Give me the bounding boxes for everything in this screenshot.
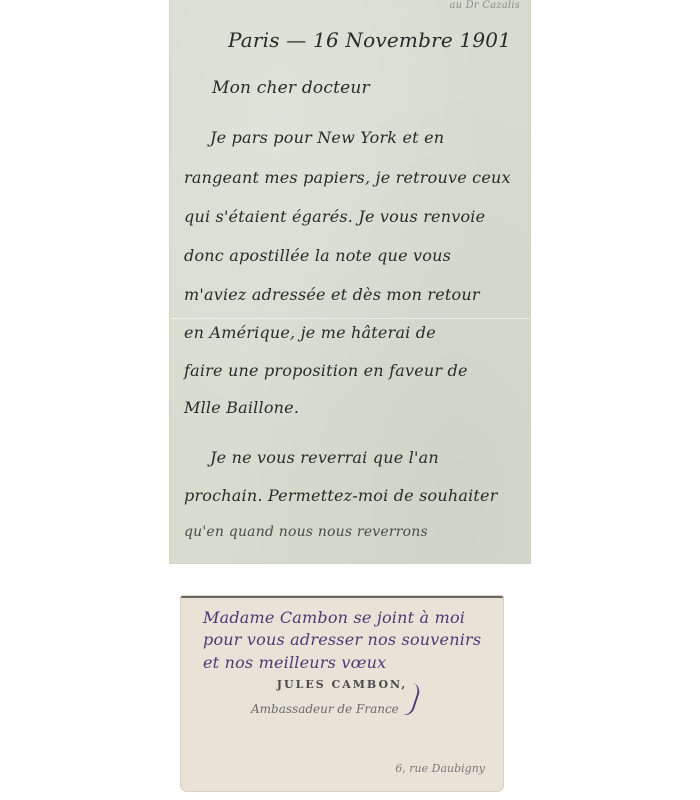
letter-line: faire une proposition en faveur de [184, 361, 468, 380]
letter-line: Mlle Baillone. [184, 398, 299, 417]
letter-line: Je ne vous reverrai que l'an [210, 448, 439, 467]
letter-line: qu'en quand nous nous reverrons [184, 524, 428, 540]
card-printed-name: JULES CAMBON, [181, 678, 503, 691]
letter-line: donc apostillée la note que vous [184, 246, 451, 265]
card-printed-title: Ambassadeur de France [251, 702, 399, 716]
letter-dateline: Paris — 16 Novembre 1901 [228, 28, 511, 52]
card-handwritten-line: Madame Cambon se joint à moi [203, 608, 465, 627]
letter-line: m'aviez adressée et dès mon retour [184, 285, 480, 304]
card-handwritten-line: et nos meilleurs vœux [203, 653, 386, 672]
letter-line: Je pars pour New York et en [210, 128, 444, 147]
paper-fold [170, 318, 530, 319]
letter-line: rangeant mes papiers, je retrouve ceux [184, 168, 511, 187]
handwritten-letter: au Dr Cazalis Paris — 16 Novembre 1901 M… [170, 0, 530, 563]
letter-line: prochain. Permettez-moi de souhaiter [184, 486, 498, 505]
archival-annotation: au Dr Cazalis [449, 0, 520, 11]
letter-line: qui s'étaient égarés. Je vous renvoie [184, 207, 485, 226]
card-handwritten-line: pour vous adresser nos souvenirs [203, 630, 481, 649]
visiting-card: Madame Cambon se joint à moi pour vous a… [181, 596, 503, 791]
letter-salutation: Mon cher docteur [212, 78, 370, 98]
card-printed-address: 6, rue Daubigny [395, 762, 485, 775]
letter-line: en Amérique, je me hâterai de [184, 323, 436, 342]
